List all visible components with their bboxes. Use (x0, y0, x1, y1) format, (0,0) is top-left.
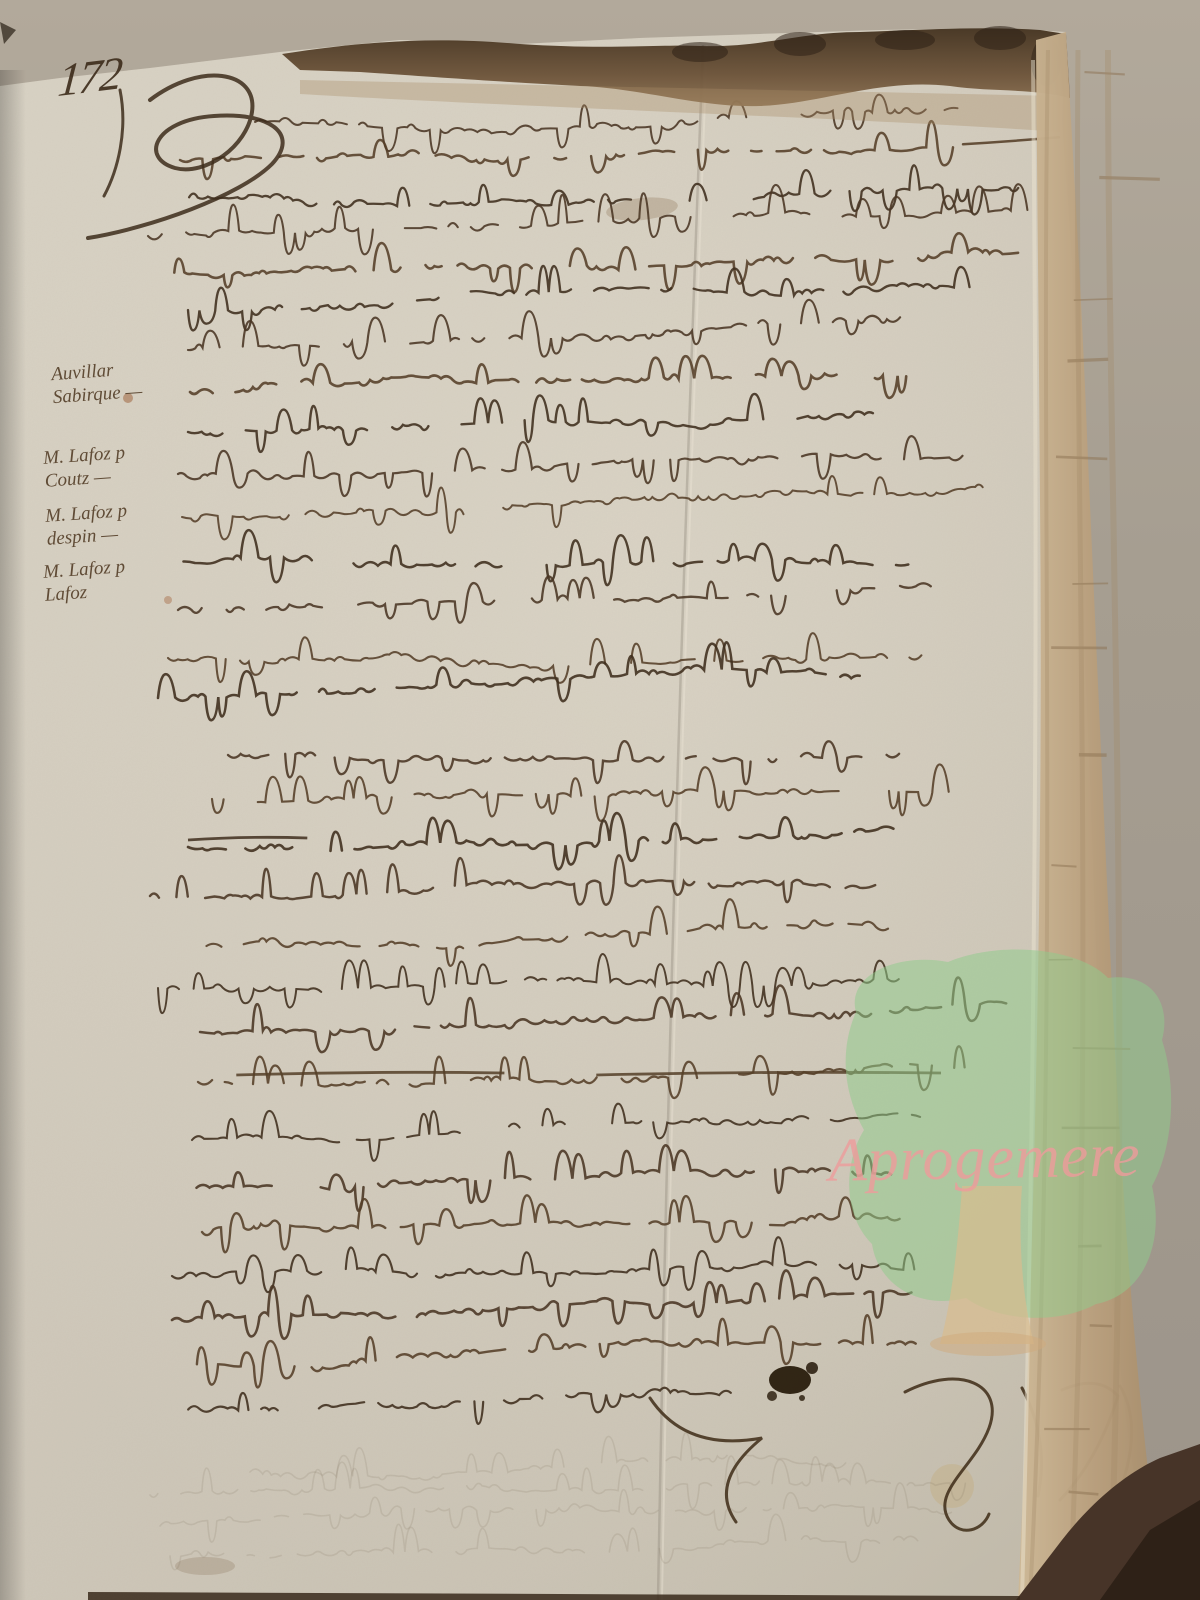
margin-note-2: M. Lafoz p Coutz — (42, 441, 127, 493)
margin-note-line: M. Lafoz p (43, 556, 126, 583)
edge-streak (1072, 583, 1108, 584)
left-edge-shadow (0, 70, 26, 1600)
watermark-text: Aprogemere (824, 1121, 1141, 1195)
edge-streak (1068, 359, 1109, 361)
edge-streak (1090, 1325, 1112, 1326)
manuscript-photo: Aprogemere 172 Auvillar Sabirque — M. La… (0, 0, 1200, 1600)
margin-note-4: M. Lafoz p Lafoz (42, 555, 127, 607)
margin-note-line: M. Lafoz p (43, 442, 126, 469)
margin-note-3: M. Lafoz p despin — (44, 499, 129, 551)
scene-svg: Aprogemere (0, 0, 1200, 1600)
margin-note-line: Auvillar (51, 360, 115, 385)
margin-note-1: Auvillar Sabirque — (51, 357, 144, 409)
folio-number: 172 (56, 46, 123, 108)
